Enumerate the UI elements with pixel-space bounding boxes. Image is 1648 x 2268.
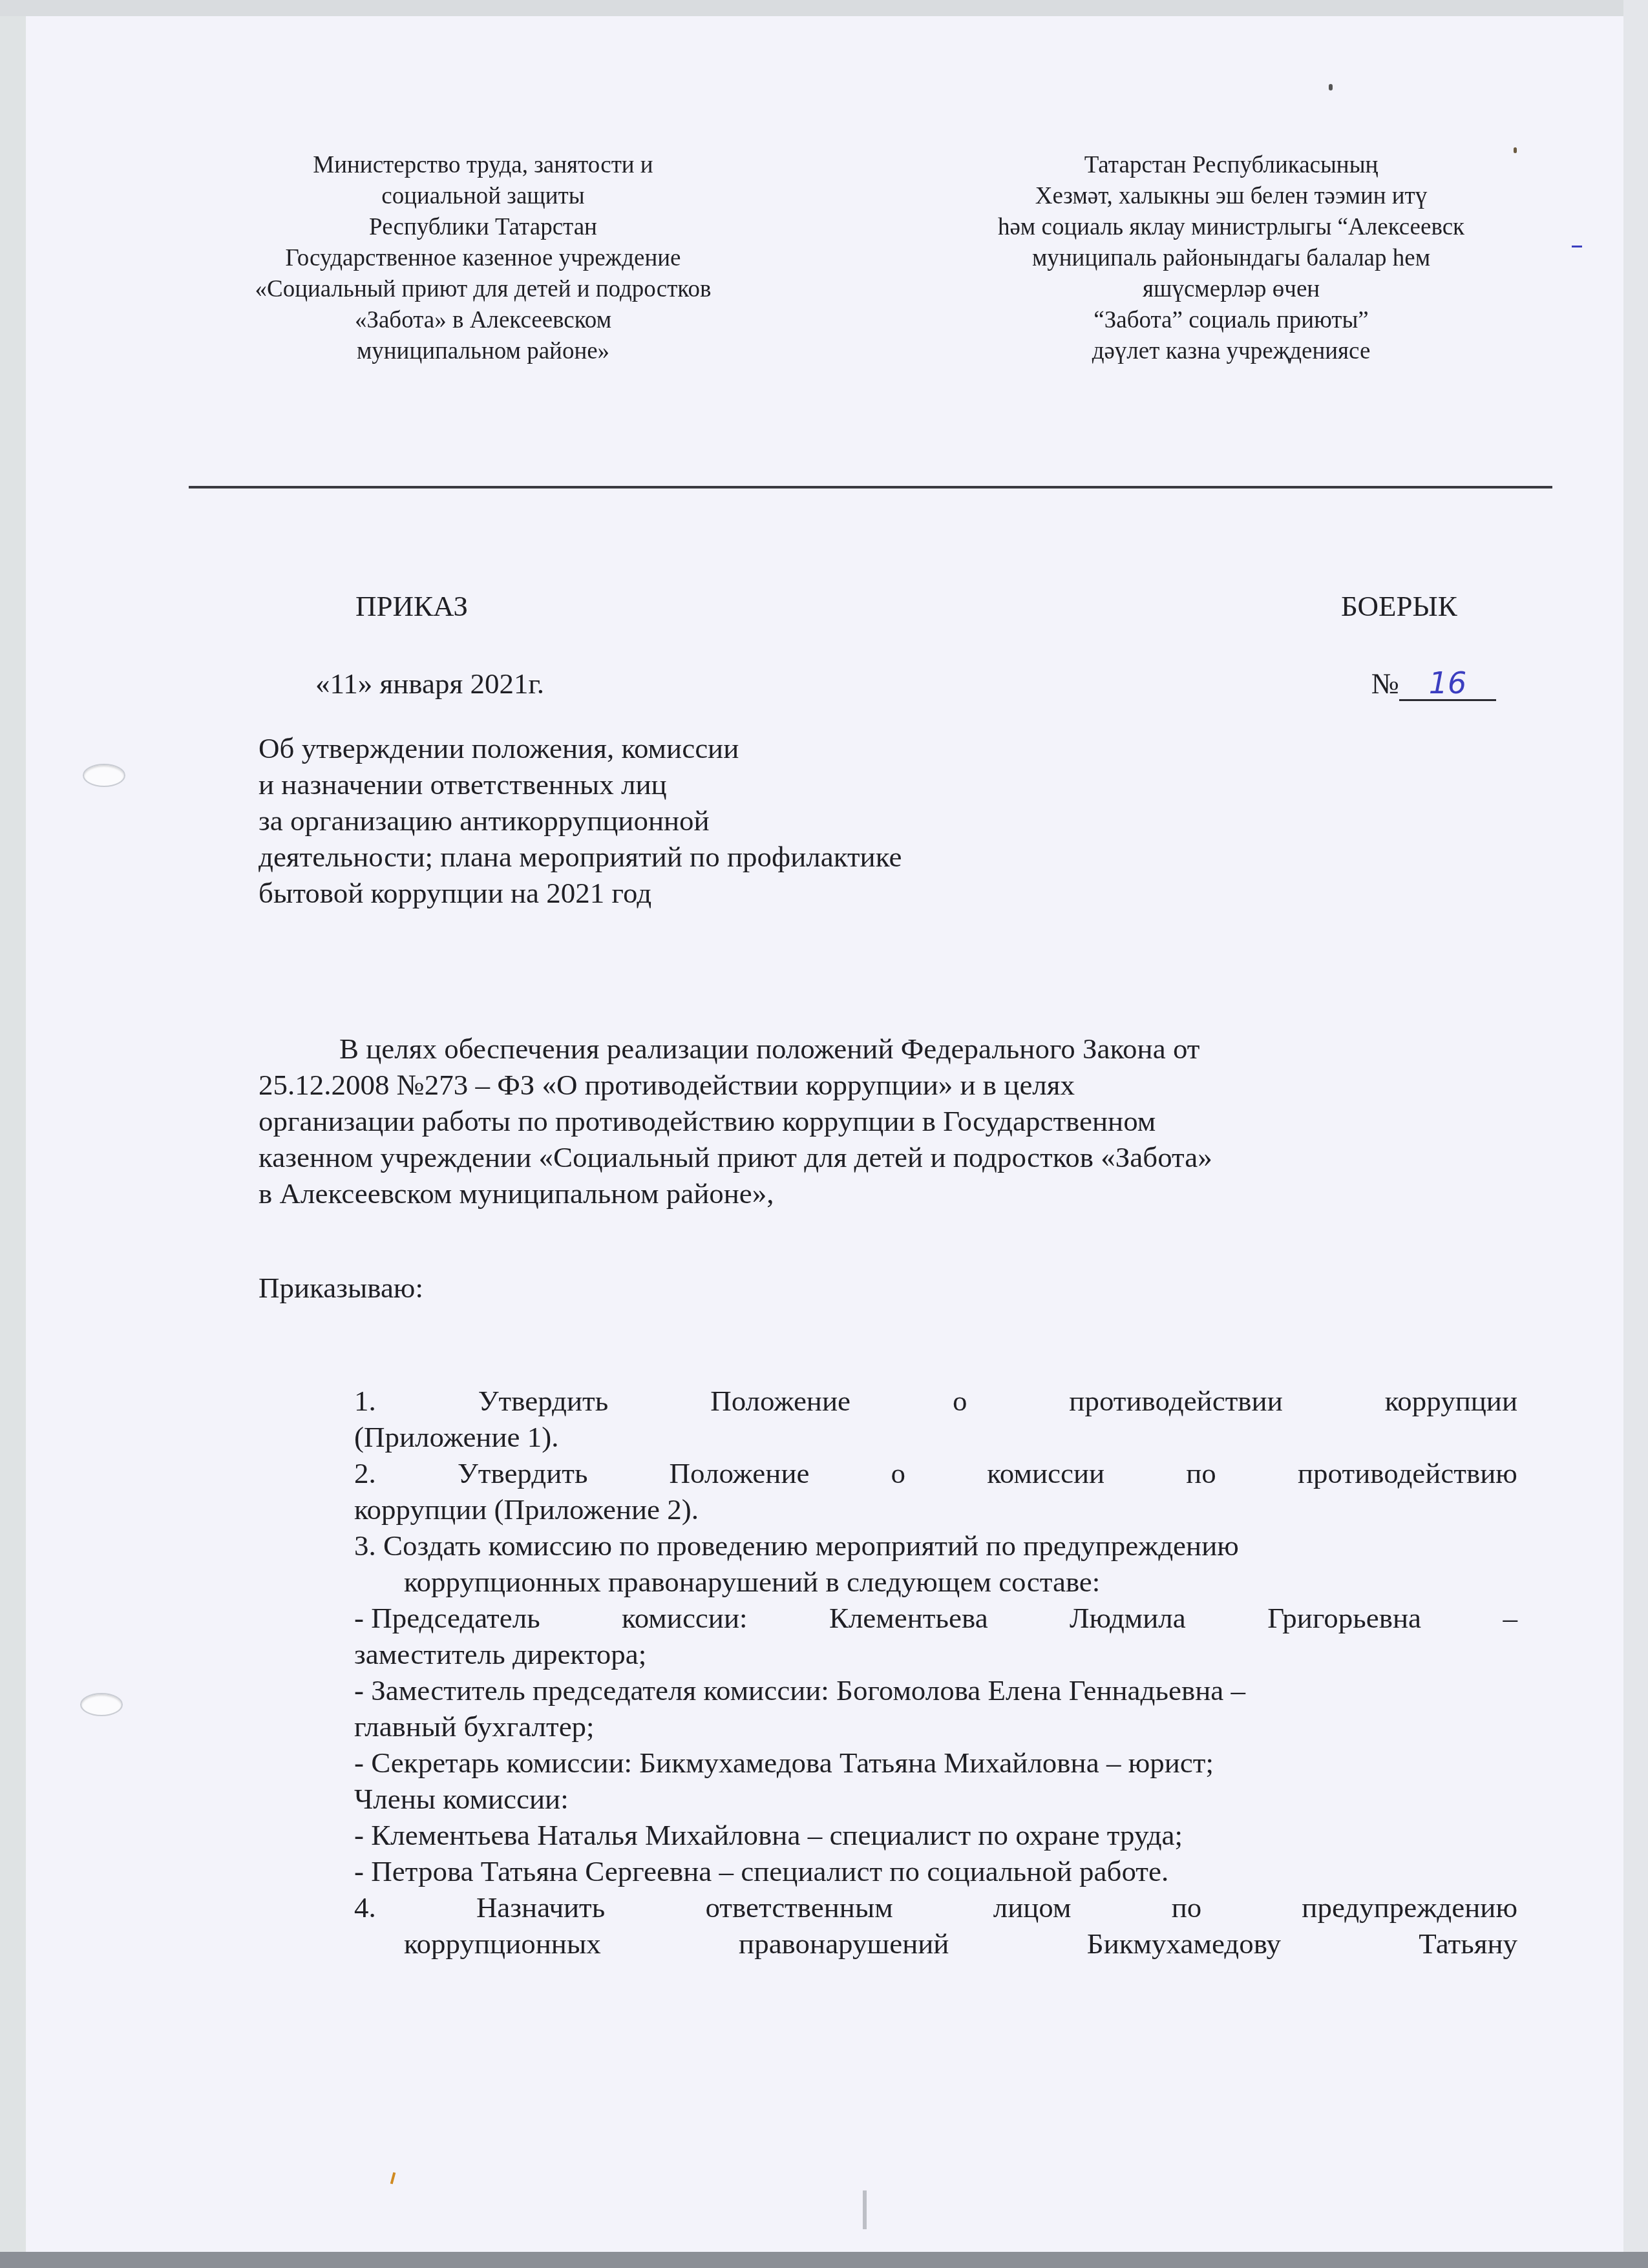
header-line: Хезмәт, халыкны эш белен тәэмин итү: [931, 181, 1532, 212]
order-items: 1. Утвердить Положение о противодействии…: [354, 1383, 1517, 1962]
header-line: муниципальном районе»: [184, 336, 782, 367]
header-line: муниципаль районындагы балалар һем: [931, 243, 1532, 274]
order-title-ru: ПРИКАЗ: [355, 588, 468, 624]
subject-line: Об утверждении положения, комиссии: [259, 730, 1228, 766]
scan-top-edge: [0, 0, 1648, 16]
number-label: №: [1371, 667, 1399, 700]
scan-speck: [863, 2190, 867, 2229]
order-subject: Об утверждении положения, комиссии и наз…: [259, 730, 1228, 911]
item-2-cont: коррупции (Приложение 2).: [354, 1491, 1517, 1528]
header-line: һәм социаль яклау министрлыгы “Алексеевс…: [931, 212, 1532, 243]
subject-line: деятельности; плана мероприятий по профи…: [259, 839, 1228, 875]
header-line: яшүсмерләр өчен: [931, 274, 1532, 305]
header-ministry-ru: Министерство труда, занятости и социальн…: [184, 150, 782, 367]
item-2-line: 2. Утвердить Положение о комиссии по про…: [354, 1455, 1517, 1491]
scan-right-edge: [1623, 0, 1648, 2268]
ink-mark: [1572, 246, 1582, 247]
header-line: «Социальный приют для детей и подростков: [184, 274, 782, 305]
commission-vice-chair: - Заместитель председателя комиссии: Бог…: [354, 1672, 1517, 1708]
header-line: дәүлет казна учреҗдениясе: [931, 336, 1532, 367]
punch-hole-bottom: [80, 1693, 123, 1716]
item-1-cont: (Приложение 1).: [354, 1419, 1517, 1455]
subject-line: и назначении ответственных лиц: [259, 766, 1228, 803]
punch-hole-top: [83, 764, 125, 787]
header-line: “Забота” социаль приюты”: [931, 305, 1532, 336]
commission-chair-role: заместитель директора;: [354, 1636, 1517, 1672]
order-title-tt: БОЕРЫК: [1341, 588, 1457, 624]
header-line: Республики Татарстан: [184, 212, 782, 243]
header-line: социальной защиты: [184, 181, 782, 212]
order-word: Приказываю:: [259, 1270, 1519, 1306]
preamble-line: казенном учреждении «Социальный приют дл…: [259, 1139, 1519, 1175]
order-date: «11» января 2021г.: [315, 666, 544, 702]
commission-chair: - Председатель комиссии: Клементьева Люд…: [354, 1600, 1517, 1636]
subject-line: бытовой коррупции на 2021 год: [259, 875, 1228, 911]
header-line: «Забота» в Алексеевском: [184, 305, 782, 336]
item-3-line: 3. Создать комиссию по проведению меропр…: [354, 1528, 1517, 1564]
subject-line: за организацию антикоррупционной: [259, 803, 1228, 839]
handwritten-number: 16: [1399, 667, 1496, 701]
header-line: Татарстан Республикасының: [931, 150, 1532, 181]
item-4-cont: коррупционных правонарушений Бикмухамедо…: [354, 1926, 1517, 1962]
header-line: Государственное казенное учреждение: [184, 243, 782, 274]
item-3-cont: коррупционных правонарушений в следующем…: [354, 1564, 1517, 1600]
item-1-line: 1. Утвердить Положение о противодействии…: [354, 1383, 1517, 1419]
header-ministry-tt: Татарстан Республикасының Хезмәт, халыкн…: [931, 150, 1532, 367]
order-number: №16: [1371, 666, 1496, 702]
commission-secretary: - Секретарь комиссии: Бикмухамедова Тать…: [354, 1745, 1517, 1781]
scan-speck: [1329, 84, 1333, 90]
preamble-line: в Алексеевском муниципальном районе»,: [259, 1175, 1519, 1212]
commission-member: - Клементьева Наталья Михайловна – специ…: [354, 1817, 1517, 1853]
header-line: Министерство труда, занятости и: [184, 150, 782, 181]
commission-members-label: Члены комиссии:: [354, 1781, 1517, 1817]
preamble-line: В целях обеспечения реализации положений…: [259, 1031, 1519, 1067]
scan-speck: [1514, 147, 1517, 153]
scan-bottom-edge: [0, 2252, 1648, 2268]
commission-vice-chair-role: главный бухгалтер;: [354, 1708, 1517, 1745]
item-4-line: 4. Назначить ответственным лицом по пред…: [354, 1889, 1517, 1926]
header-divider: [189, 486, 1552, 488]
preamble-line: 25.12.2008 №273 – ФЗ «О противодействии …: [259, 1067, 1519, 1103]
commission-member: - Петрова Татьяна Сергеевна – специалист…: [354, 1853, 1517, 1889]
preamble: В целях обеспечения реализации положений…: [259, 1031, 1519, 1306]
preamble-line: организации работы по противодействию ко…: [259, 1103, 1519, 1139]
